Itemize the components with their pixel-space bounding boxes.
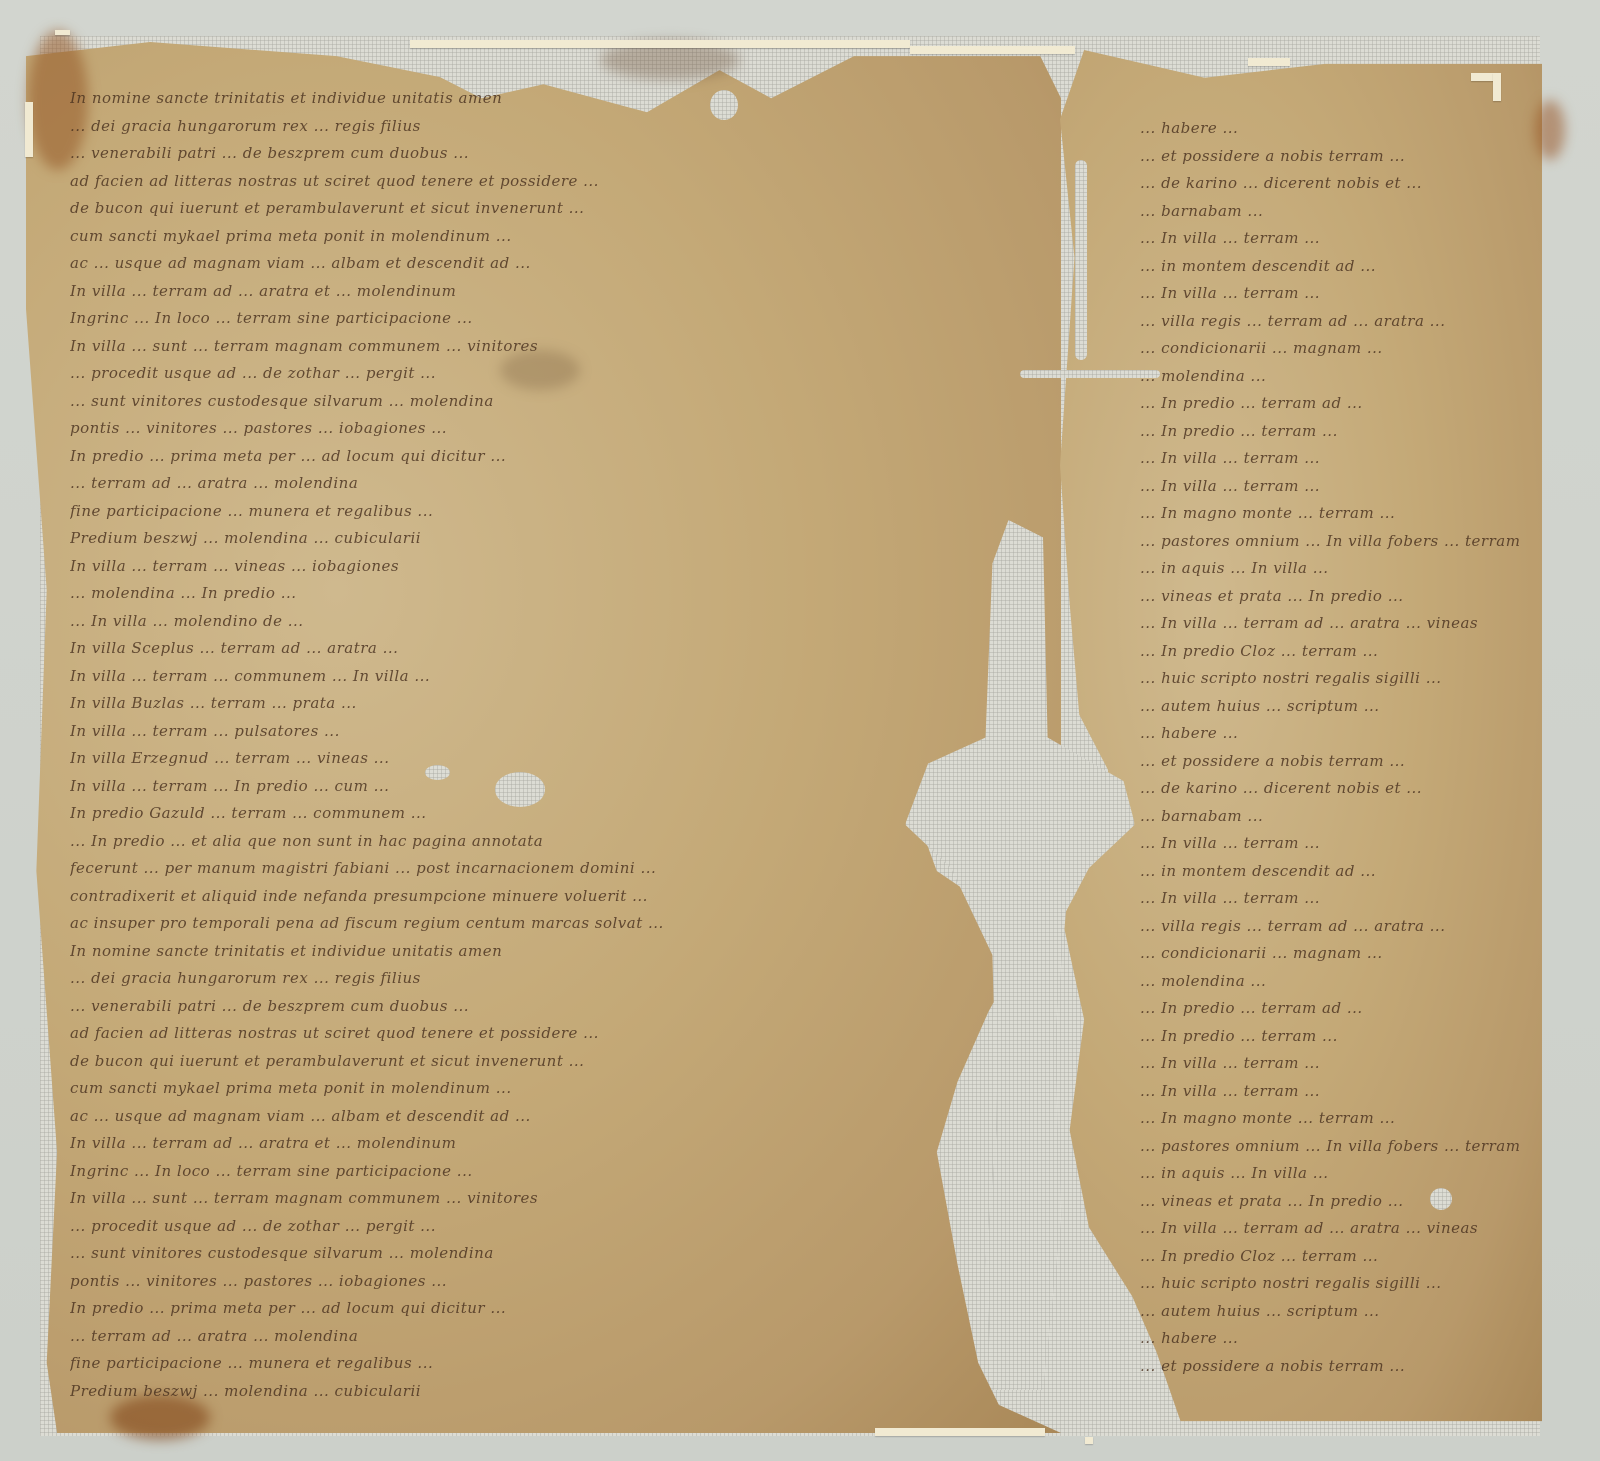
script-line: ... In predio ... terram ad ...	[1140, 995, 1525, 1023]
script-line: ... dei gracia hungarorum rex ... regis …	[70, 113, 1050, 141]
script-line: ... et possidere a nobis terram ...	[1140, 143, 1525, 171]
script-line: ... molendina ...	[1140, 363, 1525, 391]
script-line: ... villa regis ... terram ad ... aratra…	[1140, 913, 1525, 941]
script-line: ... huic scripto nostri regalis sigilli …	[1140, 665, 1525, 693]
script-line: ... barnabam ...	[1140, 803, 1525, 831]
charter-text-right: ... habere ... ... et possidere a nobis …	[1140, 115, 1525, 1395]
script-line: ... habere ...	[1140, 720, 1525, 748]
script-line: ... procedit usque ad ... de zothar ... …	[70, 360, 1050, 388]
script-line: ... In villa ... terram ad ... aratra ..…	[1140, 1215, 1525, 1243]
script-line: ... In predio ... et alia que non sunt i…	[70, 828, 1050, 856]
script-line: ... villa regis ... terram ad ... aratra…	[1140, 308, 1525, 336]
script-line: ... In villa ... terram ...	[1140, 445, 1525, 473]
script-line: ... terram ad ... aratra ... molendina	[70, 1323, 1050, 1351]
mount-strip-tl	[55, 30, 70, 35]
script-line: In villa Buzlas ... terram ... prata ...	[70, 690, 1050, 718]
script-line: ... in aquis ... In villa ...	[1140, 1160, 1525, 1188]
mount-strip-top-1	[410, 40, 910, 48]
script-line: In villa ... sunt ... terram magnam comm…	[70, 1185, 1050, 1213]
script-line: ... sunt vinitores custodesque silvarum …	[70, 1240, 1050, 1268]
script-line: ... et possidere a nobis terram ...	[1140, 1353, 1525, 1381]
script-line: Predium beszwj ... molendina ... cubicul…	[70, 525, 1050, 553]
script-line: ... venerabili patri ... de beszprem cum…	[70, 993, 1050, 1021]
script-line: cum sancti mykael prima meta ponit in mo…	[70, 1075, 1050, 1103]
script-line: de bucon qui iuerunt et perambulaverunt …	[70, 1048, 1050, 1076]
script-line: ... In villa ... terram ...	[1140, 473, 1525, 501]
script-line: pontis ... vinitores ... pastores ... io…	[70, 415, 1050, 443]
script-line: In villa ... terram ... In predio ... cu…	[70, 773, 1050, 801]
script-line: ad facien ad litteras nostras ut sciret …	[70, 168, 1050, 196]
script-line: de bucon qui iuerunt et perambulaverunt …	[70, 195, 1050, 223]
script-line: ... In villa ... molendino de ...	[70, 608, 1050, 636]
script-line: ... In predio Cloz ... terram ...	[1140, 638, 1525, 666]
script-line: Predium beszwj ... molendina ... cubicul…	[70, 1378, 1050, 1406]
script-line: In predio ... prima meta per ... ad locu…	[70, 1295, 1050, 1323]
script-line: ... In villa ... terram ...	[1140, 885, 1525, 913]
script-line: In villa ... terram ad ... aratra et ...…	[70, 1130, 1050, 1158]
script-line: cum sancti mykael prima meta ponit in mo…	[70, 223, 1050, 251]
vertical-split-upper	[1075, 160, 1087, 360]
script-line: ... condicionarii ... magnam ...	[1140, 335, 1525, 363]
script-line: In nomine sancte trinitatis et individue…	[70, 85, 1050, 113]
script-line: ... de karino ... dicerent nobis et ...	[1140, 170, 1525, 198]
script-line: ac ... usque ad magnam viam ... albam et…	[70, 250, 1050, 278]
script-line: ... in montem descendit ad ...	[1140, 858, 1525, 886]
script-line: ... pastores omnium ... In villa fobers …	[1140, 1133, 1525, 1161]
script-line: In villa ... terram ad ... aratra et ...…	[70, 278, 1050, 306]
script-line: ... In villa ... terram ad ... aratra ..…	[1140, 610, 1525, 638]
script-line: ... condicionarii ... magnam ...	[1140, 940, 1525, 968]
script-line: ... venerabili patri ... de beszprem cum…	[70, 140, 1050, 168]
script-line: ac ... usque ad magnam viam ... albam et…	[70, 1103, 1050, 1131]
script-line: Ingrinc ... In loco ... terram sine part…	[70, 305, 1050, 333]
script-line: ... et possidere a nobis terram ...	[1140, 748, 1525, 776]
script-line: ... dei gracia hungarorum rex ... regis …	[70, 965, 1050, 993]
script-line: fecerunt ... per manum magistri fabiani …	[70, 855, 1050, 883]
script-line: In villa Erzegnud ... terram ... vineas …	[70, 745, 1050, 773]
script-line: ... In villa ... terram ...	[1140, 1078, 1525, 1106]
stain-top-right	[1535, 100, 1565, 160]
script-line: ... In villa ... terram ...	[1140, 830, 1525, 858]
script-line: ... In predio ... terram ad ...	[1140, 390, 1525, 418]
script-line: ... in montem descendit ad ...	[1140, 253, 1525, 281]
script-line: ... molendina ... In predio ...	[70, 580, 1050, 608]
script-line: ... In predio Cloz ... terram ...	[1140, 1243, 1525, 1271]
script-line: ... In villa ... terram ...	[1140, 225, 1525, 253]
mount-strip-bottom-2	[1085, 1437, 1093, 1444]
script-line: ... In villa ... terram ...	[1140, 1050, 1525, 1078]
script-line: ... pastores omnium ... In villa fobers …	[1140, 528, 1525, 556]
mount-strip-left	[25, 102, 33, 157]
script-line: ... huic scripto nostri regalis sigilli …	[1140, 1270, 1525, 1298]
script-line: ... vineas et prata ... In predio ...	[1140, 583, 1525, 611]
script-line: ... sunt vinitores custodesque silvarum …	[70, 388, 1050, 416]
script-line: ... autem huius ... scriptum ...	[1140, 1298, 1525, 1326]
script-line: ... barnabam ...	[1140, 198, 1525, 226]
script-line: ... In predio ... terram ...	[1140, 1023, 1525, 1051]
script-line: ... habere ...	[1140, 115, 1525, 143]
script-line: contradixerit et aliquid inde nefanda pr…	[70, 883, 1050, 911]
script-line: In villa Sceplus ... terram ad ... aratr…	[70, 635, 1050, 663]
script-line: ... In villa ... terram ...	[1140, 280, 1525, 308]
script-line: ac insuper pro temporali pena ad fiscum …	[70, 910, 1050, 938]
mount-strip-top-3	[1248, 58, 1290, 66]
script-line: ... In predio ... terram ...	[1140, 418, 1525, 446]
script-line: In nomine sancte trinitatis et individue…	[70, 938, 1050, 966]
script-line: ... molendina ...	[1140, 968, 1525, 996]
script-line: Ingrinc ... In loco ... terram sine part…	[70, 1158, 1050, 1186]
script-line: ... terram ad ... aratra ... molendina	[70, 470, 1050, 498]
script-line: In villa ... terram ... pulsatores ...	[70, 718, 1050, 746]
script-line: fine participacione ... munera et regali…	[70, 498, 1050, 526]
charter-text-left: In nomine sancte trinitatis et individue…	[70, 85, 1050, 1445]
script-line: In predio ... prima meta per ... ad locu…	[70, 443, 1050, 471]
script-line: In villa ... terram ... communem ... In …	[70, 663, 1050, 691]
script-line: ... vineas et prata ... In predio ...	[1140, 1188, 1525, 1216]
script-line: ... In magno monte ... terram ...	[1140, 500, 1525, 528]
script-line: ... habere ...	[1140, 1325, 1525, 1353]
script-line: ... autem huius ... scriptum ...	[1140, 693, 1525, 721]
mount-strip-top-2	[910, 46, 1075, 54]
script-line: ... In magno monte ... terram ...	[1140, 1105, 1525, 1133]
script-line: ... in aquis ... In villa ...	[1140, 555, 1525, 583]
script-line: ad facien ad litteras nostras ut sciret …	[70, 1020, 1050, 1048]
script-line: ... procedit usque ad ... de zothar ... …	[70, 1213, 1050, 1241]
script-line: In predio Gazuld ... terram ... communem…	[70, 800, 1050, 828]
script-line: ... de karino ... dicerent nobis et ...	[1140, 775, 1525, 803]
mount-strip-corner-tr-v	[1493, 73, 1501, 101]
script-line: pontis ... vinitores ... pastores ... io…	[70, 1268, 1050, 1296]
script-line: In villa ... sunt ... terram magnam comm…	[70, 333, 1050, 361]
script-line: fine participacione ... munera et regali…	[70, 1350, 1050, 1378]
script-line: In villa ... terram ... vineas ... iobag…	[70, 553, 1050, 581]
